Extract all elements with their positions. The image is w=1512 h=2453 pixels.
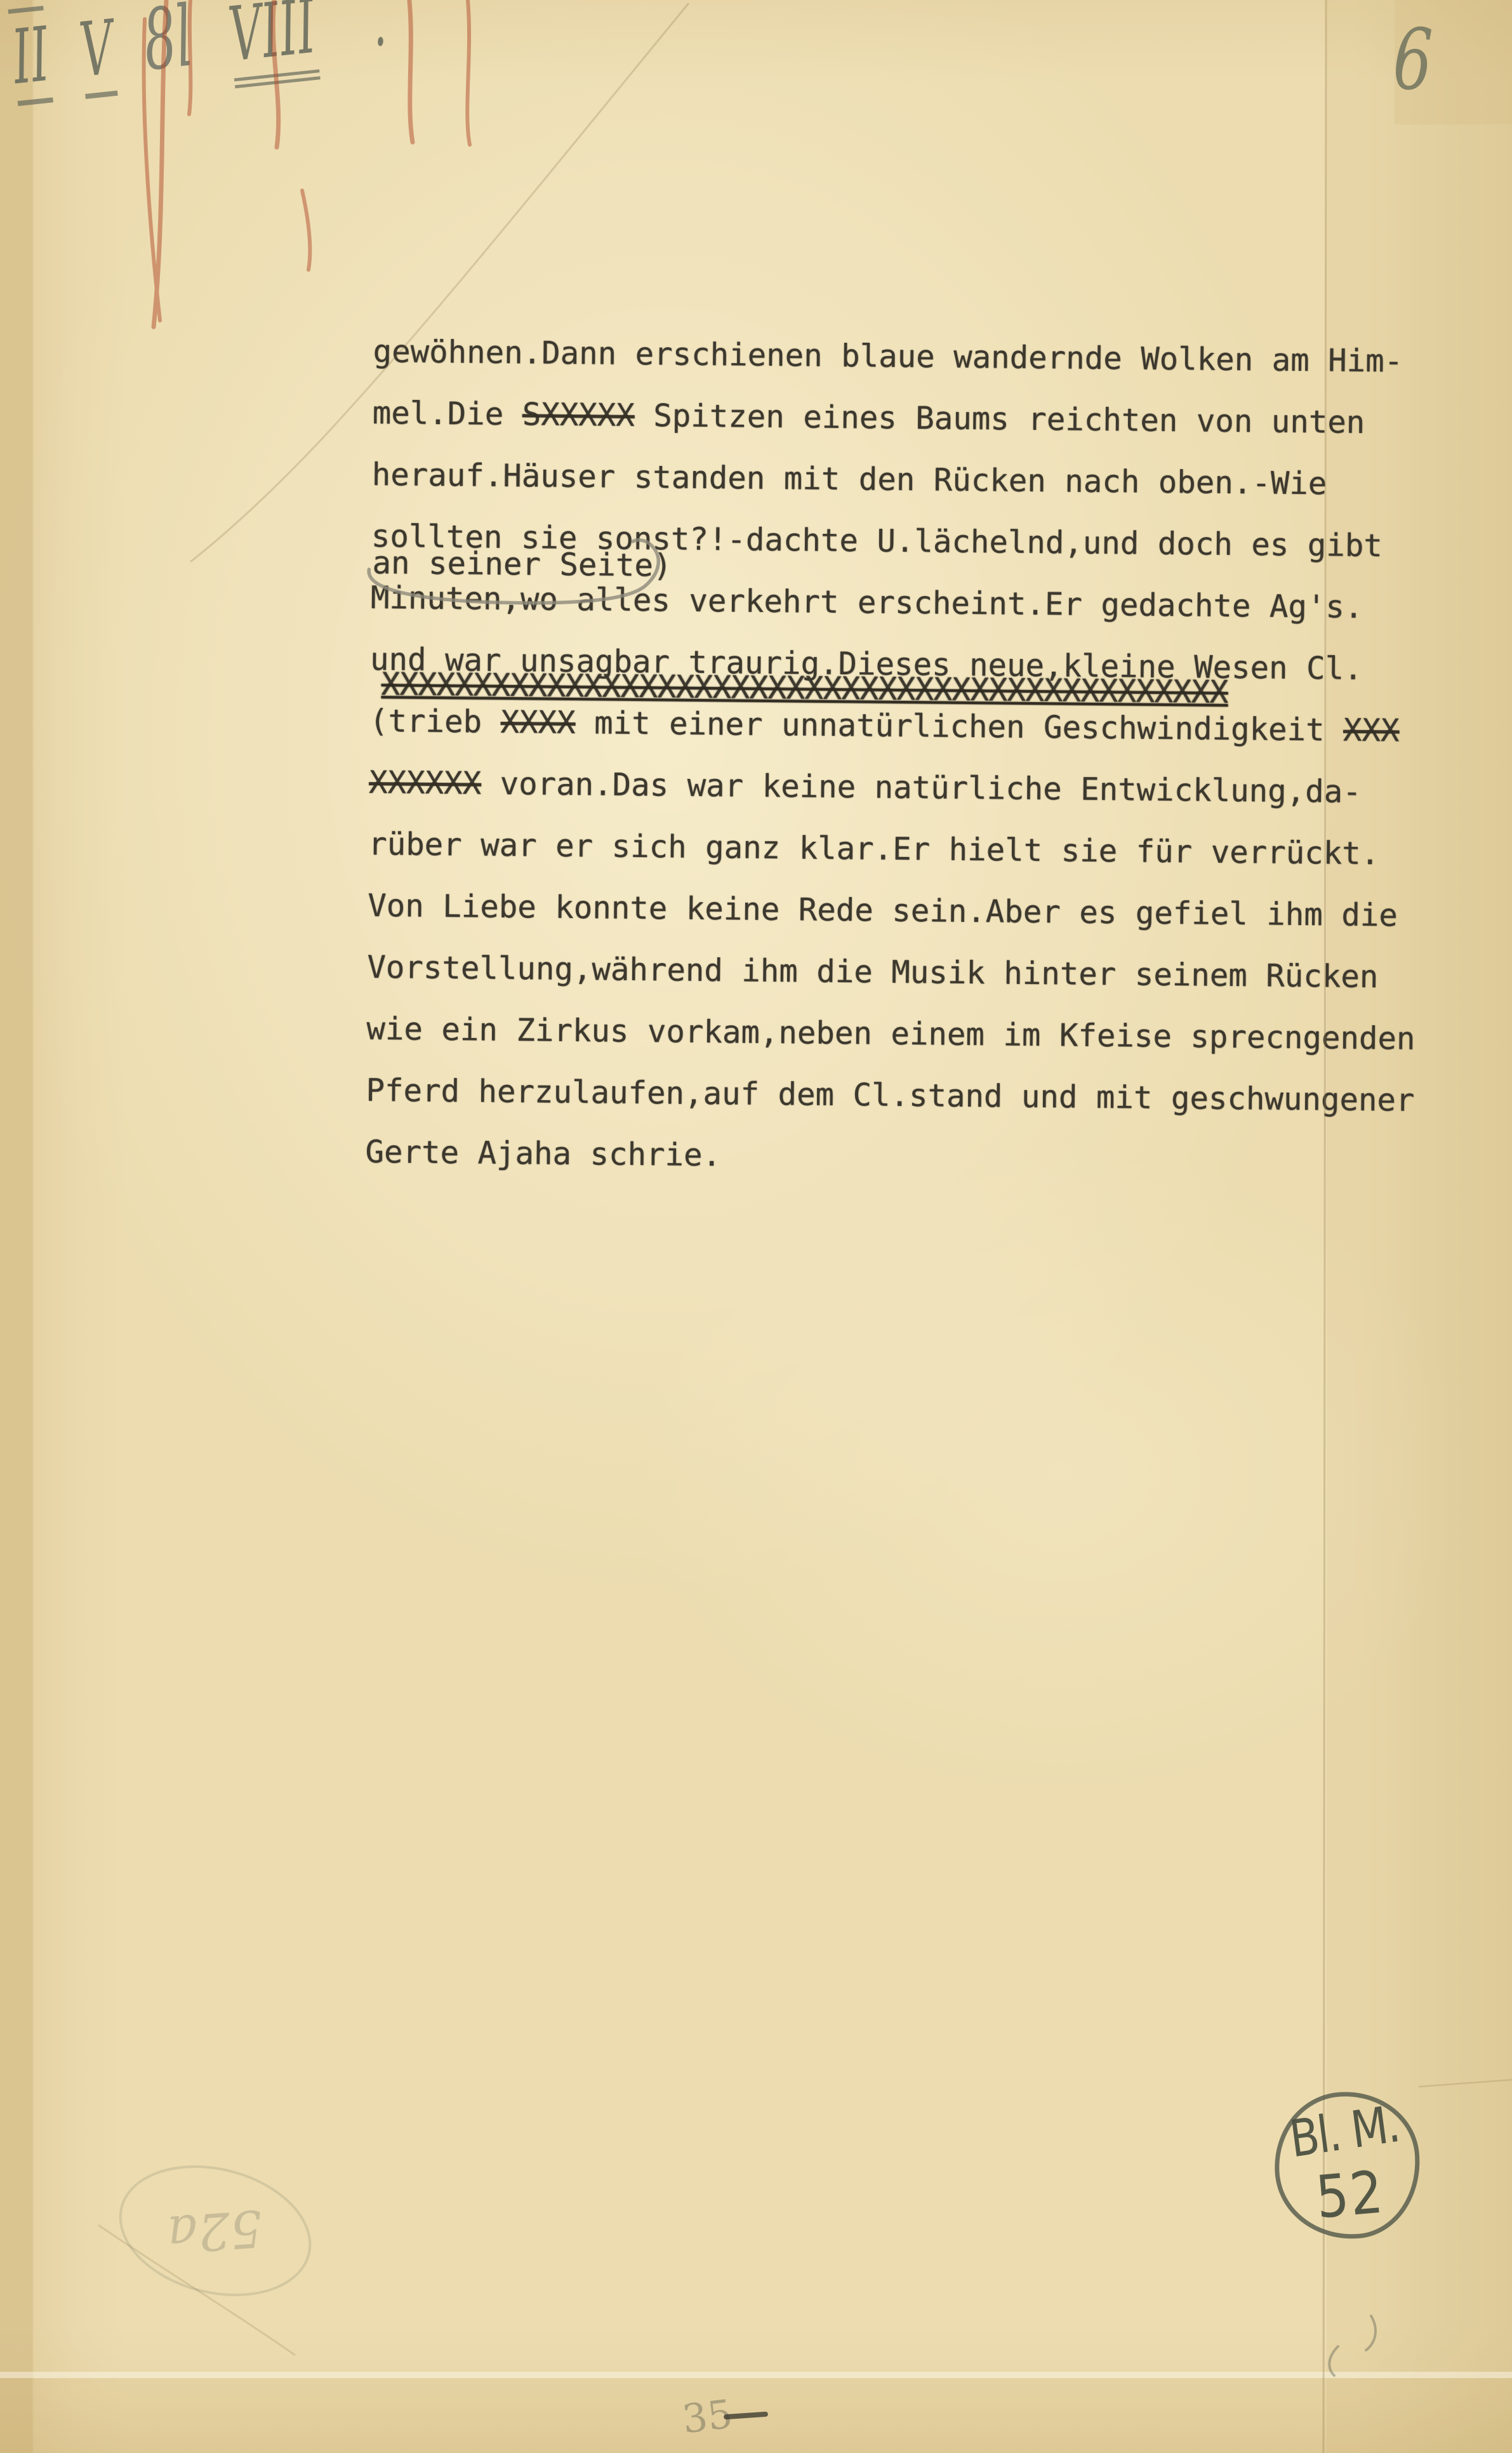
- typescript-text: mel.Die: [372, 395, 522, 432]
- annotation-period: .: [368, 0, 389, 62]
- red-pencil-stroke: [302, 190, 310, 270]
- typescript-text: Von Liebe konnte keine Rede sein.Aber es…: [368, 887, 1398, 934]
- stamp-number: 52: [1313, 2158, 1386, 2231]
- typescript-text: mit einer unnatürlichen Geschwindigkeit: [575, 705, 1343, 748]
- typescript-block: gewöhnen.Dann erschienen blaue wandernde…: [366, 197, 1479, 1160]
- numeral-II: II: [8, 6, 54, 106]
- scanned-typescript-page: IIV8lVIII. 6 gewöhnen.Dann erschienen bl…: [0, 0, 1512, 2453]
- faint-pencil-squiggle: [1366, 2316, 1376, 2350]
- stamp-label: Bl. M.: [1287, 2094, 1402, 2169]
- red-pencil-stroke: [409, 1, 413, 142]
- typescript-text: Spitzen eines Baums reichten von unten: [634, 397, 1365, 441]
- typescript-text: gewöhnen.Dann erschienen blaue wandernde…: [373, 333, 1403, 380]
- typescript-text: Gerte Ajaha schrie.: [365, 1134, 721, 1173]
- typescript-text: rüber war er sich ganz klar.Er hielt sie…: [368, 826, 1380, 872]
- numeral-V: V: [76, 3, 118, 99]
- typescript-line: Vorstellung,während ihm die Musik hinter…: [367, 936, 1472, 1009]
- archive-corner-annotation: IIV8lVIII.: [8, 0, 399, 111]
- typescript-line: herauf.Häuser standen mit den Rücken nac…: [371, 444, 1476, 516]
- typescript-text: wie ein Zirkus vorkam,neben einem im Kfe…: [366, 1011, 1416, 1057]
- red-pencil-stroke: [467, 0, 470, 145]
- typescript-text: Vorstellung,während ihm die Musik hinter…: [367, 949, 1379, 995]
- verso-showthrough-oval: 52a: [105, 2146, 326, 2316]
- struck-out-text: XXXX: [500, 704, 576, 741]
- typescript-line: Gerte Ajaha schrie.: [365, 1121, 1470, 1193]
- struck-out-text: XXXXXX: [369, 764, 482, 802]
- verso-showthrough-number: 52a: [166, 2198, 265, 2263]
- typescript-text: Pferd herzulaufen,auf dem Cl.stand und m…: [366, 1072, 1415, 1119]
- page-number: 6: [1391, 9, 1434, 110]
- typescript-lines: gewöhnen.Dann erschienen blaue wandernde…: [365, 321, 1478, 1193]
- script-mark: 8l: [139, 0, 197, 90]
- struck-out-text: SXXXXX: [522, 396, 635, 434]
- typescript-text: (trieb: [369, 703, 501, 740]
- pencil-loop-path: [369, 538, 659, 604]
- typescript-line: Pferd herzulaufen,auf dem Cl.stand und m…: [366, 1060, 1471, 1132]
- typescript-line: mel.Die SXXXXX Spitzen eines Baums reich…: [372, 382, 1477, 455]
- sheet-bottom-edge: [0, 2372, 1512, 2378]
- faint-pencil-squiggle: [1329, 2346, 1338, 2376]
- typescript-text: herauf.Häuser standen mit den Rücken nac…: [372, 456, 1327, 502]
- typescript-text: voran.Das war keine natürliche Entwicklu…: [481, 766, 1362, 810]
- faint-pencil-squiggles: [1329, 2316, 1376, 2376]
- numeral-VIII: VIII: [225, 0, 320, 88]
- typescript-line: rüber war er sich ganz klar.Er hielt sie…: [368, 813, 1473, 886]
- typescript-line: Von Liebe konnte keine Rede sein.Aber es…: [368, 875, 1473, 947]
- typescript-line: wie ein Zirkus vorkam,neben einem im Kfe…: [366, 998, 1471, 1070]
- struck-out-text: XXX: [1343, 712, 1400, 749]
- typescript-line: gewöhnen.Dann erschienen blaue wandernde…: [373, 321, 1478, 393]
- archive-stamp-circle: Bl. M. 52: [1268, 2085, 1426, 2245]
- bottom-right-crease: [1419, 2080, 1512, 2087]
- pencil-circle-mark: [332, 514, 689, 682]
- typescript-line: XXXXXX voran.Das war keine natürliche En…: [369, 752, 1474, 824]
